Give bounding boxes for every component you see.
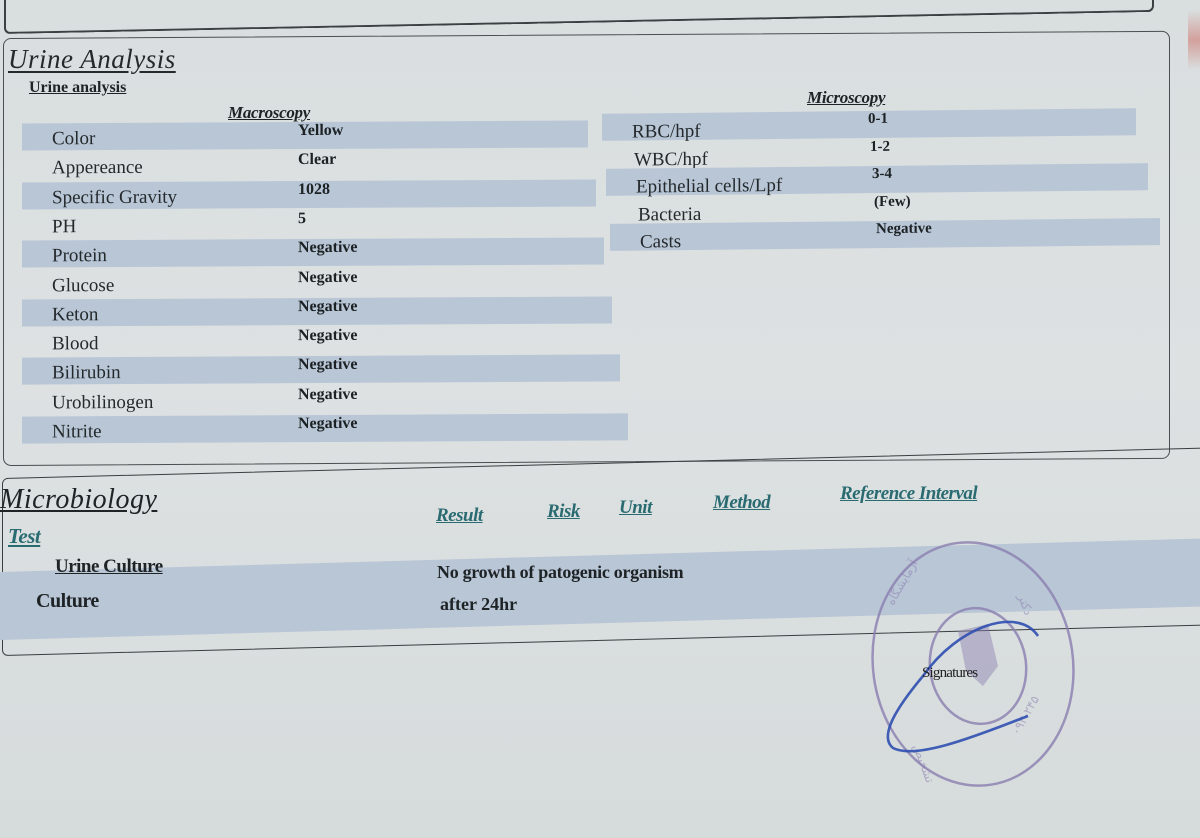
urine-analysis-subtitle: Urine analysis xyxy=(29,79,126,97)
microscopy-heading: Microscopy xyxy=(807,88,885,108)
macroscopy-row: ColorYellow xyxy=(22,121,588,151)
microscopy-row-value: 1-2 xyxy=(870,138,890,155)
macroscopy-row-label: Nitrite xyxy=(52,421,102,443)
svg-text:دکتر: دکتر xyxy=(1014,591,1036,617)
column-header-reference-interval: Reference Interval xyxy=(840,483,977,505)
macroscopy-row-value: Clear xyxy=(298,151,336,169)
culture-result-line2: after 24hr xyxy=(440,594,517,615)
microscopy-row: RBC/hpf0-1 xyxy=(602,108,1136,141)
urine-culture-group: Urine Culture xyxy=(55,556,163,578)
urine-analysis-title: Urine Analysis xyxy=(8,44,176,75)
macroscopy-row-label: Blood xyxy=(52,333,98,355)
background-edge xyxy=(1188,10,1200,70)
signatures-label: Signatures xyxy=(922,665,977,682)
macroscopy-row-label: Color xyxy=(52,128,95,150)
lab-stamp-icon: آزمایشگاه دکتر ۰۹۲-۲۴۵ تشخیص xyxy=(868,536,1078,792)
macroscopy-row: NitriteNegative xyxy=(22,413,628,443)
culture-result-line1: No growth of patogenic organism xyxy=(437,562,683,583)
microscopy-row-value: 0-1 xyxy=(868,111,888,128)
culture-test-name: Culture xyxy=(36,590,99,613)
macroscopy-row-value: Negative xyxy=(298,386,358,404)
column-header-unit: Unit xyxy=(619,497,652,519)
macroscopy-row: Specific Gravity1028 xyxy=(22,179,596,209)
column-header-risk: Risk xyxy=(547,501,580,523)
macroscopy-row: PH5 xyxy=(22,208,600,238)
lab-report-page: Urine Analysis Urine analysis Macroscopy… xyxy=(0,0,1200,838)
macroscopy-heading: Macroscopy xyxy=(228,103,310,123)
macroscopy-row-label: Keton xyxy=(52,304,98,326)
macroscopy-row: AppereanceClear xyxy=(22,150,592,180)
macroscopy-row: BilirubinNegative xyxy=(22,355,620,385)
macroscopy-row: ProteinNegative xyxy=(22,238,604,268)
microscopy-row-label: Casts xyxy=(640,231,681,253)
macroscopy-row-value: Negative xyxy=(298,356,358,374)
macroscopy-row-label: Bilirubin xyxy=(52,362,121,384)
macroscopy-row-value: Negative xyxy=(298,239,358,257)
svg-text:۰۹۲-۲۴۵: ۰۹۲-۲۴۵ xyxy=(1008,693,1042,737)
macroscopy-row-value: Negative xyxy=(298,327,358,345)
macroscopy-row: BloodNegative xyxy=(22,326,616,356)
svg-text:آزمایشگاه: آزمایشگاه xyxy=(883,556,922,608)
macroscopy-row-label: Urobilinogen xyxy=(52,392,153,415)
microscopy-row-value: 3-4 xyxy=(872,166,892,183)
previous-section-box xyxy=(4,0,1154,34)
macroscopy-row-label: PH xyxy=(52,216,76,238)
macroscopy-row: GlucoseNegative xyxy=(22,267,608,297)
microscopy-row-value: (Few) xyxy=(874,193,911,210)
macroscopy-row-label: Protein xyxy=(52,245,107,267)
macroscopy-row-value: Negative xyxy=(298,268,358,286)
microscopy-row: Epithelial cells/Lpf3-4 xyxy=(606,163,1148,196)
macroscopy-row-value: 5 xyxy=(298,210,306,228)
microbiology-title: Microbiology xyxy=(0,484,157,516)
macroscopy-row-label: Specific Gravity xyxy=(52,186,177,209)
macroscopy-row-value: 1028 xyxy=(298,180,330,198)
macroscopy-row: KetonNegative xyxy=(22,296,612,326)
column-header-result: Result xyxy=(436,505,483,527)
column-header-method: Method xyxy=(713,492,770,514)
macroscopy-row-label: Glucose xyxy=(52,275,114,297)
microscopy-row: CastsNegative xyxy=(610,218,1160,251)
column-header-test: Test xyxy=(8,524,40,549)
macroscopy-row: UrobilinogenNegative xyxy=(22,384,624,414)
macroscopy-row-value: Yellow xyxy=(298,122,343,140)
macroscopy-row-value: Negative xyxy=(298,415,358,433)
macroscopy-row-label: Appereance xyxy=(52,157,143,179)
macroscopy-row-value: Negative xyxy=(298,298,358,316)
microscopy-row-value: Negative xyxy=(876,221,932,239)
